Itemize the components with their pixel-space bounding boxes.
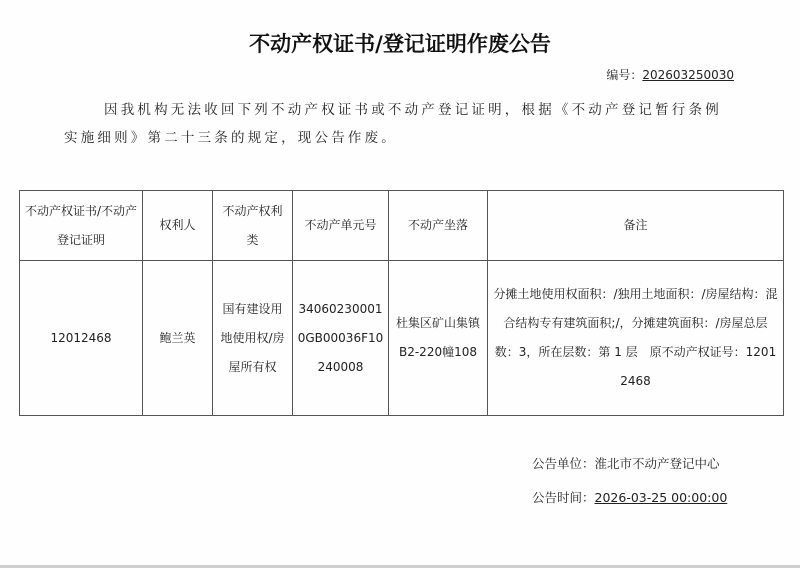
serial-value: 202603250030 [642, 68, 734, 82]
issuing-unit: 公告单位：淮北市不动产登记中心 [532, 454, 720, 472]
notice-paragraph: 因我机构无法收回下列不动产权证书或不动产登记证明，根据《不动产登记暂行条例实施细… [64, 96, 736, 152]
col-header-right-type: 不动产权利类 [213, 191, 293, 261]
table-header-row: 不动产权证书/不动产登记证明 权利人 不动产权利类 不动产单元号 不动产坐落 备… [20, 191, 784, 261]
cell-unit-no: 340602300010GB00036F10240008 [293, 261, 389, 416]
col-header-unit-no: 不动产单元号 [293, 191, 389, 261]
col-header-location: 不动产坐落 [389, 191, 488, 261]
announcement-time-label: 公告时间： [532, 490, 595, 505]
cell-owner: 鲍兰英 [143, 261, 213, 416]
serial-number: 编号：202603250030 [606, 66, 734, 83]
cell-cert-no: 12012468 [20, 261, 143, 416]
col-header-cert-no: 不动产权证书/不动产登记证明 [20, 191, 143, 261]
cell-right-type: 国有建设用地使用权/房屋所有权 [213, 261, 293, 416]
notice-text: 因我机构无法收回下列不动产权证书或不动产登记证明，根据《不动产登记暂行条例实施细… [64, 102, 722, 146]
table-row: 12012468 鲍兰英 国有建设用地使用权/房屋所有权 34060230001… [20, 261, 784, 416]
announcement-time-value: 2026-03-25 00:00:00 [595, 490, 728, 505]
cell-location: 杜集区矿山集镇 B2-220幢108 [389, 261, 488, 416]
col-header-remark: 备注 [488, 191, 784, 261]
issuing-unit-value: 淮北市不动产登记中心 [595, 456, 720, 471]
col-header-owner: 权利人 [143, 191, 213, 261]
serial-label: 编号： [606, 68, 642, 82]
issuing-unit-label: 公告单位： [532, 456, 595, 471]
cell-remark: 分摊土地使用权面积：/独用土地面积：/房屋结构：混合结构专有建筑面积;/，分摊建… [488, 261, 784, 416]
announcement-time: 公告时间：2026-03-25 00:00:00 [532, 488, 727, 506]
page-title: 不动产权证书/登记证明作废公告 [0, 28, 800, 58]
void-certificate-table: 不动产权证书/不动产登记证明 权利人 不动产权利类 不动产单元号 不动产坐落 备… [19, 190, 784, 416]
